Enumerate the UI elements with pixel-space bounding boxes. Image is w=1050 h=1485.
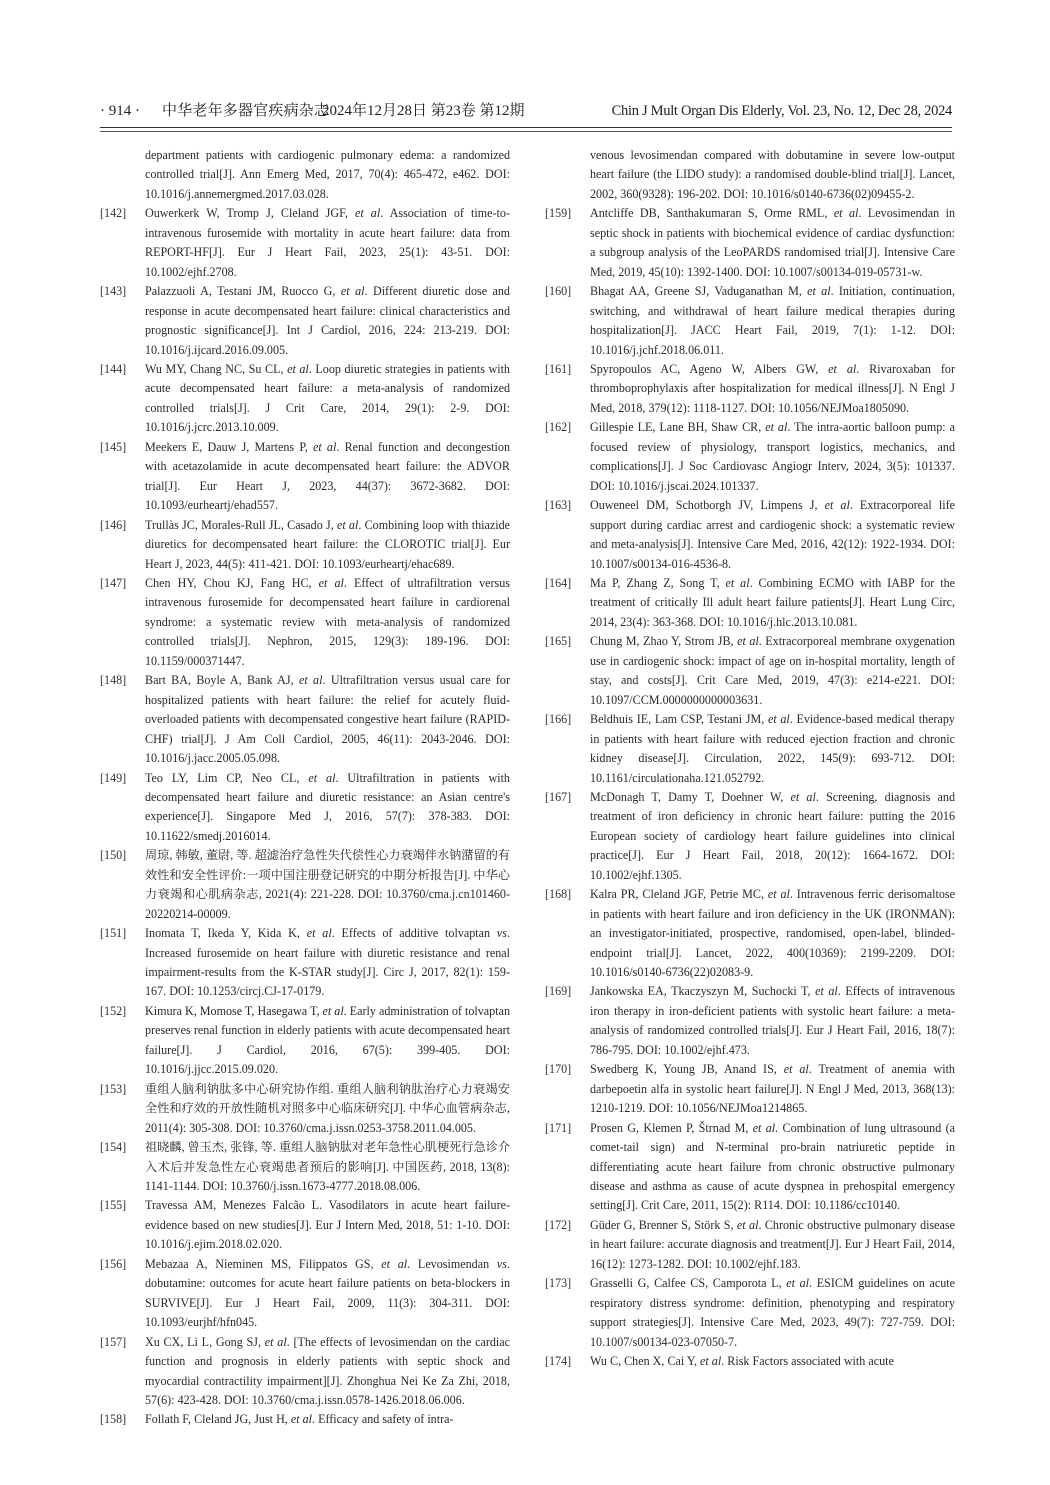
reference-text: Chung M, Zhao Y, Strom JB, et al. Extrac… bbox=[590, 632, 955, 710]
reference-text: Teo LY, Lim CP, Neo CL, et al. Ultrafilt… bbox=[145, 769, 510, 847]
reference-number: [160] bbox=[545, 282, 571, 301]
reference-item: [168]Kalra PR, Cleland JGF, Petrie MC, e… bbox=[545, 885, 955, 982]
reference-item: [158]Follath F, Cleland JG, Just H, et a… bbox=[100, 1410, 510, 1429]
reference-item: [152]Kimura K, Momose T, Hasegawa T, et … bbox=[100, 1002, 510, 1080]
reference-item: [147]Chen HY, Chou KJ, Fang HC, et al. E… bbox=[100, 574, 510, 671]
reference-item: [165]Chung M, Zhao Y, Strom JB, et al. E… bbox=[545, 632, 955, 710]
reference-number: [157] bbox=[100, 1333, 126, 1352]
reference-item: [161]Spyropoulos AC, Ageno W, Albers GW,… bbox=[545, 360, 955, 418]
reference-item: [143]Palazzuoli A, Testani JM, Ruocco G,… bbox=[100, 282, 510, 360]
reference-number: [168] bbox=[545, 885, 571, 904]
reference-item: [146]Trullàs JC, Morales-Rull JL, Casado… bbox=[100, 516, 510, 574]
reference-number: [149] bbox=[100, 769, 126, 788]
reference-text: Beldhuis IE, Lam CSP, Testani JM, et al.… bbox=[590, 710, 955, 788]
reference-text: Ouwerkerk W, Tromp J, Cleland JGF, et al… bbox=[145, 204, 510, 282]
reference-text: Bart BA, Boyle A, Bank AJ, et al. Ultraf… bbox=[145, 671, 510, 768]
reference-item: [154]祖晓麟, 曾玉杰, 张锋, 等. 重组人脑钠肽对老年急性心肌梗死行急诊… bbox=[100, 1138, 510, 1196]
reference-item: [166]Beldhuis IE, Lam CSP, Testani JM, e… bbox=[545, 710, 955, 788]
reference-text: Güder G, Brenner S, Störk S, et al. Chro… bbox=[590, 1216, 955, 1274]
reference-text: Kimura K, Momose T, Hasegawa T, et al. E… bbox=[145, 1002, 510, 1080]
reference-number: [154] bbox=[100, 1138, 126, 1157]
reference-continuation: department patients with cardiogenic pul… bbox=[100, 146, 510, 204]
journal-title-cn: 中华老年多器官疾病杂志 bbox=[162, 98, 329, 124]
reference-item: [145]Meekers E, Dauw J, Martens P, et al… bbox=[100, 438, 510, 516]
header-rule-bottom bbox=[100, 131, 952, 132]
reference-item: [151]Inomata T, Ikeda Y, Kida K, et al. … bbox=[100, 924, 510, 1002]
reference-list-right: [159]Antcliffe DB, Santhakumaran S, Orme… bbox=[545, 204, 955, 1371]
reference-number: [156] bbox=[100, 1255, 126, 1274]
reference-text: Gillespie LE, Lane BH, Shaw CR, et al. T… bbox=[590, 418, 955, 496]
reference-continuation: venous levosimendan compared with dobuta… bbox=[545, 146, 955, 204]
reference-number: [166] bbox=[545, 710, 571, 729]
reference-number: [172] bbox=[545, 1216, 571, 1235]
reference-text: Bhagat AA, Greene SJ, Vaduganathan M, et… bbox=[590, 282, 955, 360]
reference-number: [165] bbox=[545, 632, 571, 651]
reference-number: [150] bbox=[100, 846, 126, 865]
reference-number: [147] bbox=[100, 574, 126, 593]
reference-number: [171] bbox=[545, 1119, 571, 1138]
reference-text: department patients with cardiogenic pul… bbox=[145, 146, 510, 204]
reference-number: [155] bbox=[100, 1196, 126, 1215]
reference-text: 周琼, 韩敏, 董尉, 等. 超滤治疗急性失代偿性心力衰竭伴水钠潴留的有效性和安… bbox=[145, 846, 510, 924]
reference-number: [167] bbox=[545, 788, 571, 807]
reference-number: [153] bbox=[100, 1080, 126, 1099]
reference-item: [164]Ma P, Zhang Z, Song T, et al. Combi… bbox=[545, 574, 955, 632]
reference-column-left: department patients with cardiogenic pul… bbox=[100, 146, 510, 1430]
reference-text: Antcliffe DB, Santhakumaran S, Orme RML,… bbox=[590, 204, 955, 282]
reference-text: Mebazaa A, Nieminen MS, Filippatos GS, e… bbox=[145, 1255, 510, 1333]
reference-item: [148]Bart BA, Boyle A, Bank AJ, et al. U… bbox=[100, 671, 510, 768]
reference-number: [144] bbox=[100, 360, 126, 379]
reference-number: [170] bbox=[545, 1060, 571, 1079]
reference-list-left: [142]Ouwerkerk W, Tromp J, Cleland JGF, … bbox=[100, 204, 510, 1430]
reference-item: [150]周琼, 韩敏, 董尉, 等. 超滤治疗急性失代偿性心力衰竭伴水钠潴留的… bbox=[100, 846, 510, 924]
running-header: · 914 · 中华老年多器官疾病杂志 2024年12月28日 第23卷 第12… bbox=[100, 98, 952, 124]
reference-number: [146] bbox=[100, 516, 126, 535]
reference-item: [174]Wu C, Chen X, Cai Y, et al. Risk Fa… bbox=[545, 1352, 955, 1371]
reference-number: [152] bbox=[100, 1002, 126, 1021]
reference-item: [167]McDonagh T, Damy T, Doehner W, et a… bbox=[545, 788, 955, 885]
reference-item: [153]重组人脑利钠肽多中心研究协作组. 重组人脑利钠肽治疗心力衰竭安全性和疗… bbox=[100, 1080, 510, 1138]
reference-number: [158] bbox=[100, 1410, 126, 1429]
reference-text: Inomata T, Ikeda Y, Kida K, et al. Effec… bbox=[145, 924, 510, 1002]
reference-text: McDonagh T, Damy T, Doehner W, et al. Sc… bbox=[590, 788, 955, 885]
reference-text: Xu CX, Li L, Gong SJ, et al. [The effect… bbox=[145, 1333, 510, 1411]
reference-text: Wu MY, Chang NC, Su CL, et al. Loop diur… bbox=[145, 360, 510, 438]
reference-number: [161] bbox=[545, 360, 571, 379]
reference-item: [162]Gillespie LE, Lane BH, Shaw CR, et … bbox=[545, 418, 955, 496]
reference-item: [160]Bhagat AA, Greene SJ, Vaduganathan … bbox=[545, 282, 955, 360]
reference-number: [164] bbox=[545, 574, 571, 593]
reference-text: Spyropoulos AC, Ageno W, Albers GW, et a… bbox=[590, 360, 955, 418]
reference-text: Travessa AM, Menezes Falcão L. Vasodilat… bbox=[145, 1196, 510, 1254]
reference-item: [157]Xu CX, Li L, Gong SJ, et al. [The e… bbox=[100, 1333, 510, 1411]
reference-text: Ma P, Zhang Z, Song T, et al. Combining … bbox=[590, 574, 955, 632]
header-rule-top bbox=[100, 127, 952, 128]
reference-number: [145] bbox=[100, 438, 126, 457]
reference-text: Follath F, Cleland JG, Just H, et al. Ef… bbox=[145, 1410, 510, 1429]
reference-item: [173]Grasselli G, Calfee CS, Camporota L… bbox=[545, 1274, 955, 1352]
page-number: · 914 · bbox=[100, 98, 140, 124]
reference-item: [159]Antcliffe DB, Santhakumaran S, Orme… bbox=[545, 204, 955, 282]
reference-number: [163] bbox=[545, 496, 571, 515]
reference-text: Jankowska EA, Tkaczyszyn M, Suchocki T, … bbox=[590, 982, 955, 1060]
reference-item: [170]Swedberg K, Young JB, Anand IS, et … bbox=[545, 1060, 955, 1118]
issue-date-cn: 2024年12月28日 第23卷 第12期 bbox=[322, 98, 525, 124]
reference-number: [173] bbox=[545, 1274, 571, 1293]
reference-text: Prosen G, Klemen P, Štrnad M, et al. Com… bbox=[590, 1119, 955, 1216]
reference-item: [156]Mebazaa A, Nieminen MS, Filippatos … bbox=[100, 1255, 510, 1333]
reference-number: [148] bbox=[100, 671, 126, 690]
reference-number: [151] bbox=[100, 924, 126, 943]
reference-number: [162] bbox=[545, 418, 571, 437]
reference-text: Trullàs JC, Morales-Rull JL, Casado J, e… bbox=[145, 516, 510, 574]
reference-text: venous levosimendan compared with dobuta… bbox=[590, 146, 955, 204]
reference-number: [159] bbox=[545, 204, 571, 223]
reference-text: Kalra PR, Cleland JGF, Petrie MC, et al.… bbox=[590, 885, 955, 982]
reference-text: Ouweneel DM, Schotborgh JV, Limpens J, e… bbox=[590, 496, 955, 574]
reference-number: [174] bbox=[545, 1352, 571, 1371]
reference-number: [143] bbox=[100, 282, 126, 301]
reference-item: [149]Teo LY, Lim CP, Neo CL, et al. Ultr… bbox=[100, 769, 510, 847]
reference-number: [142] bbox=[100, 204, 126, 223]
reference-item: [142]Ouwerkerk W, Tromp J, Cleland JGF, … bbox=[100, 204, 510, 282]
reference-text: 祖晓麟, 曾玉杰, 张锋, 等. 重组人脑钠肽对老年急性心肌梗死行急诊介入术后并… bbox=[145, 1138, 510, 1196]
reference-text: Wu C, Chen X, Cai Y, et al. Risk Factors… bbox=[590, 1352, 955, 1371]
reference-text: Swedberg K, Young JB, Anand IS, et al. T… bbox=[590, 1060, 955, 1118]
reference-text: Meekers E, Dauw J, Martens P, et al. Ren… bbox=[145, 438, 510, 516]
reference-item: [172]Güder G, Brenner S, Störk S, et al.… bbox=[545, 1216, 955, 1274]
reference-item: [171]Prosen G, Klemen P, Štrnad M, et al… bbox=[545, 1119, 955, 1216]
journal-title-en: Chin J Mult Organ Dis Elderly, Vol. 23, … bbox=[612, 98, 952, 124]
reference-item: [144]Wu MY, Chang NC, Su CL, et al. Loop… bbox=[100, 360, 510, 438]
reference-text: Chen HY, Chou KJ, Fang HC, et al. Effect… bbox=[145, 574, 510, 671]
reference-item: [169]Jankowska EA, Tkaczyszyn M, Suchock… bbox=[545, 982, 955, 1060]
reference-item: [155]Travessa AM, Menezes Falcão L. Vaso… bbox=[100, 1196, 510, 1254]
reference-column-right: venous levosimendan compared with dobuta… bbox=[545, 146, 955, 1372]
reference-text: 重组人脑利钠肽多中心研究协作组. 重组人脑利钠肽治疗心力衰竭安全性和疗效的开放性… bbox=[145, 1080, 510, 1138]
reference-item: [163]Ouweneel DM, Schotborgh JV, Limpens… bbox=[545, 496, 955, 574]
reference-text: Palazzuoli A, Testani JM, Ruocco G, et a… bbox=[145, 282, 510, 360]
reference-number: [169] bbox=[545, 982, 571, 1001]
reference-text: Grasselli G, Calfee CS, Camporota L, et … bbox=[590, 1274, 955, 1352]
